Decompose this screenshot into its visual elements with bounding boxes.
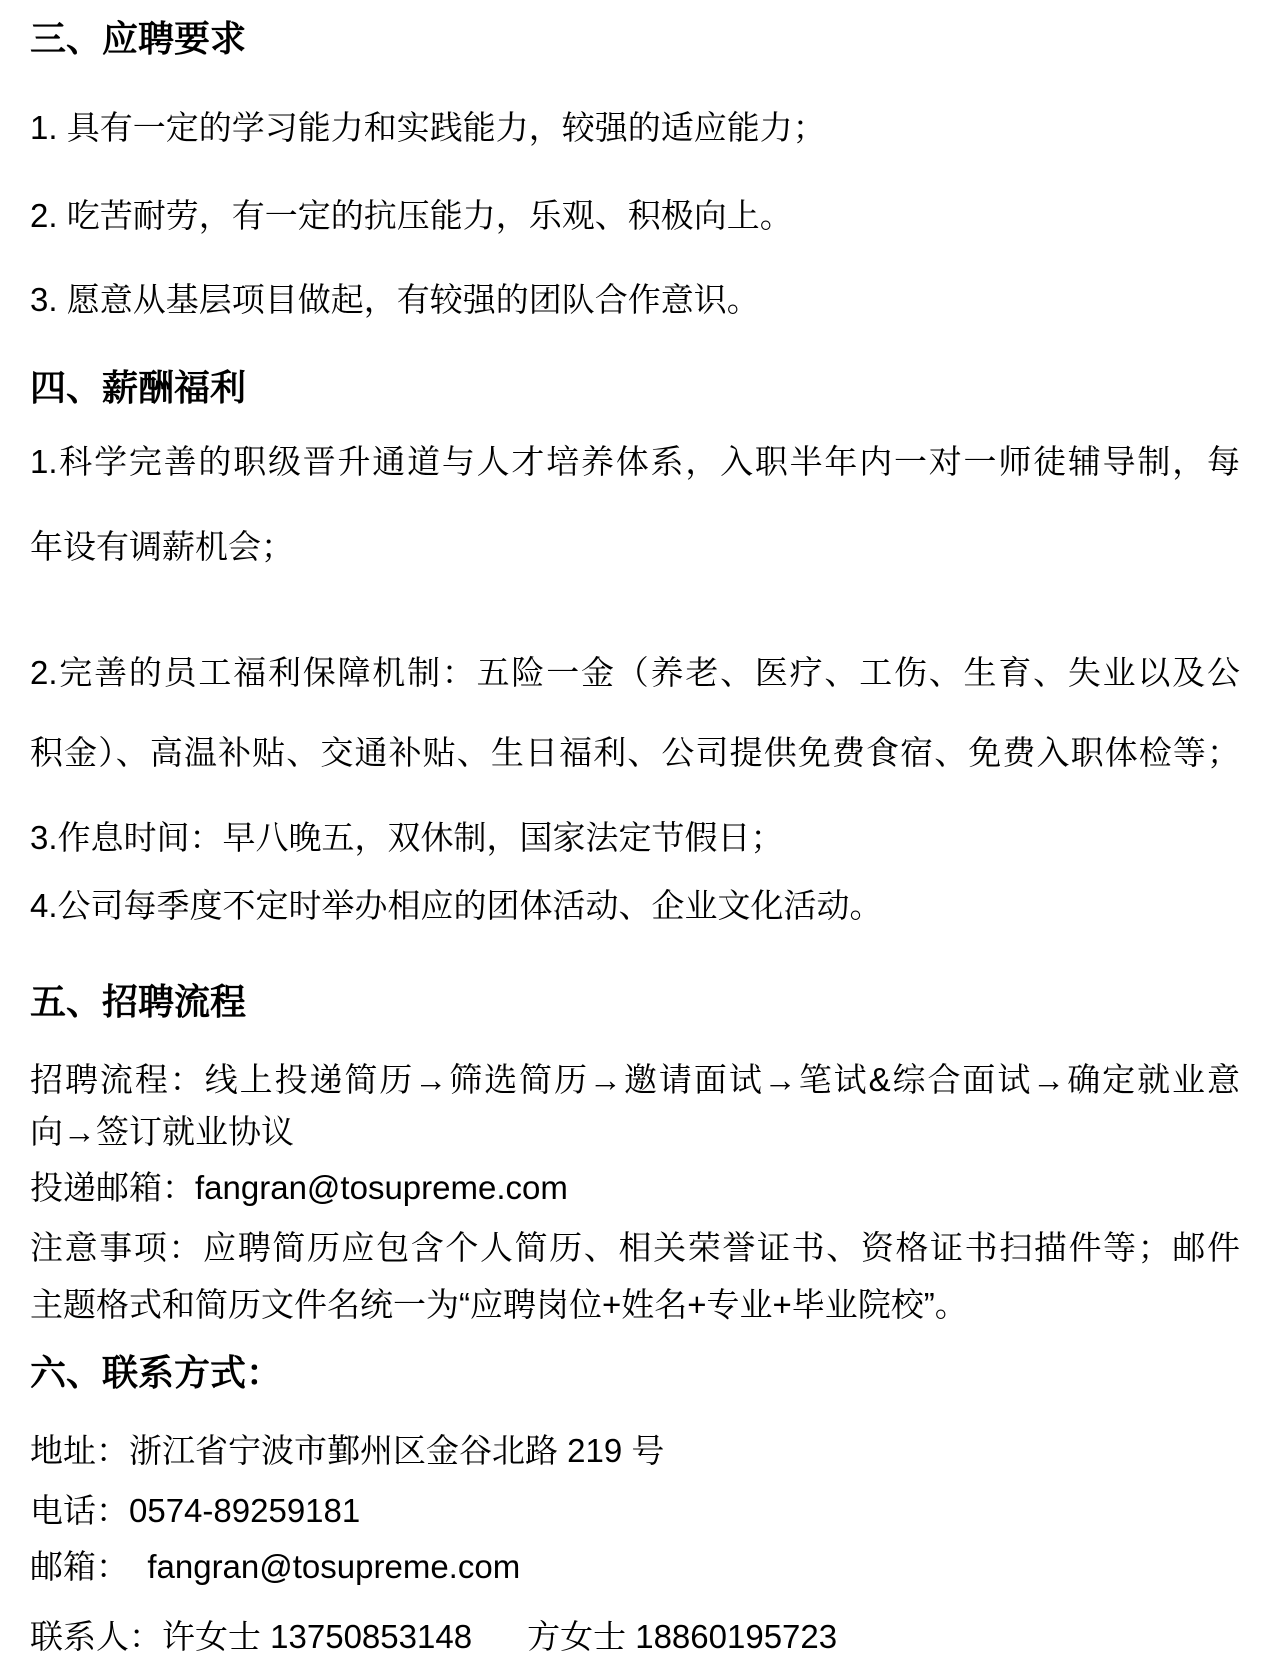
benefit-item-1-line-1: 1.科学完善的职级晋升通道与人才培养体系，入职半年内一对一师徒辅导制，每 [30,419,1240,504]
requirement-item-1: 1. 具有一定的学习能力和实践能力，较强的适应能力； [30,110,1240,146]
section-5-heading: 五、招聘流程 [30,984,1240,1020]
recruitment-flow-line-2: 向→签订就业协议 [30,1106,1240,1158]
notes-line-1: 注意事项：应聘简历应包含个人简历、相关荣誉证书、资格证书扫描件等；邮件 [30,1219,1240,1276]
section-6-heading: 六、联系方式： [30,1355,1240,1391]
benefit-item-2: 2.完善的员工福利保障机制：五险一金（养老、医疗、工伤、生育、失业以及公 积金）… [30,633,1240,793]
contact-phone-line: 电话：0574-89259181 [30,1493,1240,1529]
contact-address-line: 地址：浙江省宁波市鄞州区金谷北路 219 号 [30,1433,1240,1469]
requirement-item-2: 2. 吃苦耐劳，有一定的抗压能力，乐观、积极向上。 [30,198,1240,234]
document-page: 三、应聘要求 1. 具有一定的学习能力和实践能力，较强的适应能力； 2. 吃苦耐… [0,0,1269,1671]
contact-persons-line: 联系人：许女士 13750853148 方女士 18860195723 [30,1619,1240,1655]
benefit-item-4: 4.公司每季度不定时举办相应的团体活动、企业文化活动。 [30,888,1240,924]
benefit-item-1-line-2: 年设有调薪机会； [30,504,1240,589]
benefit-item-2-line-1: 2.完善的员工福利保障机制：五险一金（养老、医疗、工伤、生育、失业以及公 [30,633,1240,713]
section-4-heading: 四、薪酬福利 [30,370,1240,406]
requirement-item-3: 3. 愿意从基层项目做起，有较强的团队合作意识。 [30,282,1240,318]
notes-paragraph: 注意事项：应聘简历应包含个人简历、相关荣誉证书、资格证书扫描件等；邮件 主题格式… [30,1219,1240,1333]
benefit-item-2-line-2: 积金）、高温补贴、交通补贴、生日福利、公司提供免费食宿、免费入职体检等； [30,713,1240,793]
benefit-item-3: 3.作息时间：早八晚五，双休制，国家法定节假日； [30,820,1240,856]
contact-email-line: 邮箱： fangran@tosupreme.com [30,1549,1240,1585]
recruitment-flow: 招聘流程：线上投递简历→筛选简历→邀请面试→笔试&综合面试→确定就业意 向→签订… [30,1054,1240,1158]
application-email-line: 投递邮箱：fangran@tosupreme.com [30,1170,1240,1206]
benefit-item-1: 1.科学完善的职级晋升通道与人才培养体系，入职半年内一对一师徒辅导制，每 年设有… [30,419,1240,589]
notes-line-2: 主题格式和简历文件名统一为“应聘岗位+姓名+专业+毕业院校”。 [30,1276,1240,1333]
recruitment-flow-line-1: 招聘流程：线上投递简历→筛选简历→邀请面试→笔试&综合面试→确定就业意 [30,1054,1240,1106]
section-3-heading: 三、应聘要求 [30,21,1240,57]
